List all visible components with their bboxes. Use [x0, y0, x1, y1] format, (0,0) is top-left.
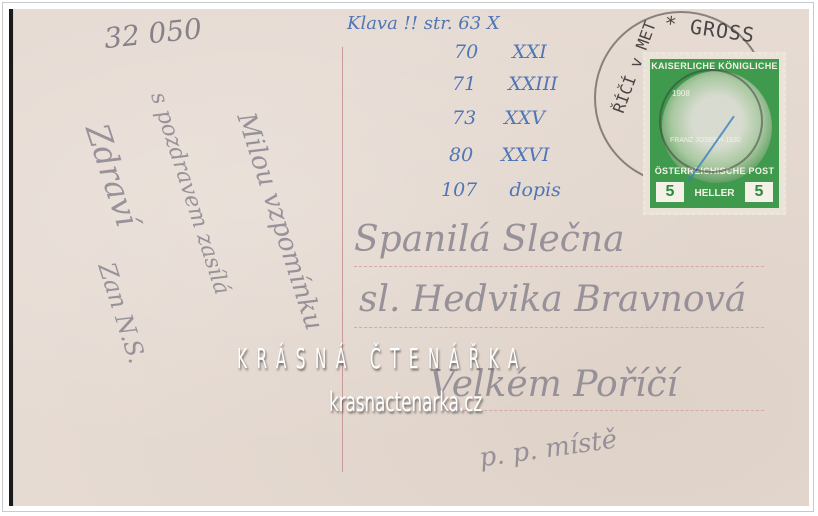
note-roman: XXI — [512, 41, 547, 63]
note-row: 71 XXIII — [452, 73, 558, 95]
message-line-2: s pozdravem zasílá — [145, 89, 234, 298]
note-num: 80 — [449, 144, 473, 166]
note-num: 71 — [452, 73, 476, 95]
address-dotted-line — [354, 327, 764, 328]
note-num: 70 — [454, 41, 478, 63]
note-row: 107 dopis — [441, 179, 561, 201]
note-roman: XXV — [504, 107, 545, 129]
address-dotted-line — [444, 410, 764, 411]
stamp-value-left: 5 — [656, 182, 684, 202]
stamp-value-right: 5 — [745, 182, 773, 202]
catalog-number: 32 050 — [103, 12, 204, 55]
address-dotted-line — [354, 266, 764, 267]
blue-notes-header: Klava !! str. 63 X — [347, 13, 500, 34]
postmark-inner-ring — [659, 69, 763, 173]
note-row: 70 XXI — [454, 41, 547, 63]
note-num: 107 — [441, 179, 477, 201]
message-line-3: Zdraví — [78, 119, 147, 231]
address-line-2: sl. Hedvika Bravnová — [359, 279, 746, 320]
note-num: 73 — [452, 107, 476, 129]
address-line-4: p. p. místě — [478, 425, 619, 474]
note-row: 73 XXV — [452, 107, 545, 129]
note-roman: XXVI — [501, 144, 549, 166]
postcard-photo: 32 050 Milou vzpomínku s pozdravem zasíl… — [9, 9, 809, 506]
note-roman: XXIII — [508, 73, 558, 95]
stamp-currency: HELLER — [688, 188, 741, 199]
message-line-1: Milou vzpomínku — [230, 109, 329, 334]
note-roman: dopis — [509, 179, 561, 201]
message-signature: Zan N.S. — [92, 259, 151, 367]
note-row: 80 XXVI — [449, 144, 550, 166]
address-line-1: Spanilá Slečna — [354, 219, 625, 260]
watermark-title: KRÁSNÁ ČTENÁŘKA — [237, 342, 528, 375]
scan-edge-strip — [9, 9, 14, 506]
watermark-url: krasnactenarka.cz — [329, 387, 482, 418]
